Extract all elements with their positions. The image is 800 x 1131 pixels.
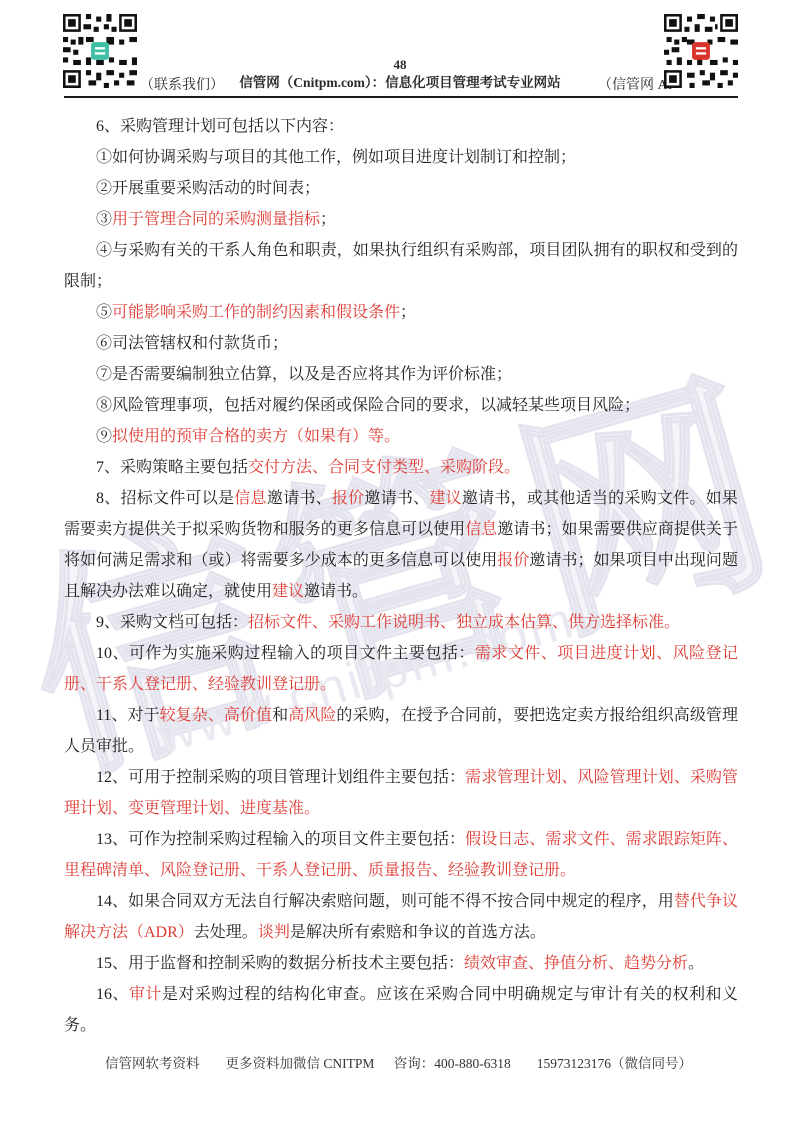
page-footer: 信管网软考资料 更多资料加微信 CNITPM 咨询：400-880-6318 1… xyxy=(105,1052,692,1072)
paragraph: ⑧风险管理事项，包括对履约保函或保险合同的要求，以减轻某些项目风险； xyxy=(64,390,738,421)
body-text: 是解决所有索赔和争议的首选方法。 xyxy=(290,924,546,941)
highlight-text: 谈判 xyxy=(258,924,290,941)
paragraph: 7、采购策略主要包括交付方法、合同支付类型、采购阶段。 xyxy=(64,452,738,483)
body-text: 邀请书。 xyxy=(304,583,368,600)
body-text: ④与采购有关的干系人角色和职责，如果执行组织有采购部，项目团队拥有的职权和受到的… xyxy=(64,242,738,290)
body-text: 13、可作为控制采购过程输入的项目文件主要包括： xyxy=(96,831,465,848)
app-qr-code xyxy=(664,14,738,88)
body-text: ②开展重要采购活动的时间表； xyxy=(96,180,320,197)
body-text: 7、采购策略主要包括 xyxy=(96,459,248,476)
qr-center-logo xyxy=(692,42,710,60)
body-text: 8、招标文件可以是 xyxy=(96,490,234,507)
highlight-text: 信息 xyxy=(234,490,267,507)
highlight-text: 建议 xyxy=(429,490,462,507)
body-text: ⑧风险管理事项，包括对履约保函或保险合同的要求，以减轻某些项目风险； xyxy=(96,397,640,414)
highlight-text: 交付方法、合同支付类型、采购阶段。 xyxy=(248,459,520,476)
highlight-text: 高风险 xyxy=(288,707,336,724)
highlight-text: 招标文件、采购工作说明书、独立成本估算、供方选择标准。 xyxy=(248,614,680,631)
paragraph: 14、如果合同双方无法自行解决索赔问题，则可能不得不按合同中规定的程序，用替代争… xyxy=(64,886,738,948)
paragraph: ④与采购有关的干系人角色和职责，如果执行组织有采购部，项目团队拥有的职权和受到的… xyxy=(64,235,738,297)
body-text: 和 xyxy=(272,707,288,724)
highlight-text: 建议 xyxy=(272,583,304,600)
body-text: 去处理。 xyxy=(194,924,258,941)
body-text: 9、采购文档可包括： xyxy=(96,614,248,631)
footer-brand-text: 信管网软考资料 xyxy=(105,1052,200,1072)
body-text: 14、如果合同双方无法自行解决索赔问题，则可能不得不按合同中规定的程序，用 xyxy=(96,893,674,910)
footer-phone-text: 15973123176（微信同号） xyxy=(537,1052,692,1072)
paragraph: 8、招标文件可以是信息邀请书、报价邀请书、建议邀请书，或其他适当的采购文件。如果… xyxy=(64,483,738,607)
body-text: ⑨ xyxy=(96,428,112,445)
body-text: ； xyxy=(320,211,336,228)
paragraph: ③用于管理合同的采购测量指标； xyxy=(64,204,738,235)
highlight-text: 报价 xyxy=(332,490,365,507)
paragraph: 11、对于较复杂、高价值和高风险的采购，在授予合同前，要把选定卖方报给组织高级管… xyxy=(64,700,738,762)
body-text: ⑥司法管辖权和付款货币； xyxy=(96,335,288,352)
highlight-text: 报价 xyxy=(497,552,529,569)
footer-right: 咨询：400-880-6318 15973123176（微信同号） xyxy=(394,1052,692,1072)
paragraph: ①如何协调采购与项目的其他工作，例如项目进度计划制订和控制； xyxy=(64,142,738,173)
body-text: 是对采购过程的结构化审查。应该在采购合同中明确规定与审计有关的权利和义务。 xyxy=(64,986,738,1034)
body-text: 。 xyxy=(688,955,704,972)
highlight-text: 信息 xyxy=(465,521,497,538)
body-text: ①如何协调采购与项目的其他工作，例如项目进度计划制订和控制； xyxy=(96,149,576,166)
footer-left: 信管网软考资料 更多资料加微信 CNITPM xyxy=(105,1052,374,1072)
qr-code-image xyxy=(664,14,738,88)
page-header: （联系我们） 48 信管网（Cnitpm.com）：信息化项目管理考试专业网站 … xyxy=(0,0,800,100)
body-text: 12、可用于控制采购的项目管理计划组件主要包括： xyxy=(96,769,465,786)
body-text: 邀请书、 xyxy=(267,490,332,507)
footer-wechat-text: 更多资料加微信 CNITPM xyxy=(226,1052,375,1072)
body-text: 6、采购管理计划可包括以下内容： xyxy=(96,118,344,135)
body-text: 15、用于监督和控制采购的数据分析技术主要包括： xyxy=(96,955,464,972)
paragraph: 15、用于监督和控制采购的数据分析技术主要包括：绩效审查、挣值分析、趋势分析。 xyxy=(64,948,738,979)
body-text: ； xyxy=(400,304,416,321)
body-text: ⑤ xyxy=(96,304,112,321)
paragraph: ⑥司法管辖权和付款货币； xyxy=(64,328,738,359)
body-text: 16、 xyxy=(96,986,129,1003)
paragraph: ⑤可能影响采购工作的制约因素和假设条件； xyxy=(64,297,738,328)
paragraph: 9、采购文档可包括：招标文件、采购工作说明书、独立成本估算、供方选择标准。 xyxy=(64,607,738,638)
body-text: ③ xyxy=(96,211,112,228)
highlight-text: 拟使用的预审合格的卖方（如果有）等。 xyxy=(112,428,400,445)
paragraph: 13、可作为控制采购过程输入的项目文件主要包括：假设日志、需求文件、需求跟踪矩阵… xyxy=(64,824,738,886)
header-divider xyxy=(64,96,738,98)
body-text: ⑦是否需要编制独立估算，以及是否应将其作为评价标准； xyxy=(96,366,512,383)
paragraph: 10、可作为实施采购过程输入的项目文件主要包括：需求文件、项目进度计划、风险登记… xyxy=(64,638,738,700)
highlight-text: 审计 xyxy=(129,986,162,1003)
highlight-text: 可能影响采购工作的制约因素和假设条件 xyxy=(112,304,400,321)
paragraph: ⑨拟使用的预审合格的卖方（如果有）等。 xyxy=(64,421,738,452)
paragraph: 16、审计是对采购过程的结构化审查。应该在采购合同中明确规定与审计有关的权利和义… xyxy=(64,979,738,1041)
paragraph: 6、采购管理计划可包括以下内容： xyxy=(64,111,738,142)
document-page: 信管网 www.cnitpm.com xyxy=(0,0,800,1131)
footer-hotline-text: 咨询：400-880-6318 xyxy=(394,1052,511,1072)
highlight-text: 绩效审查、挣值分析、趋势分析 xyxy=(464,955,688,972)
body-text: 10、可作为实施采购过程输入的项目文件主要包括： xyxy=(96,645,475,662)
paragraph: 12、可用于控制采购的项目管理计划组件主要包括：需求管理计划、风险管理计划、采购… xyxy=(64,762,738,824)
highlight-text: 用于管理合同的采购测量指标 xyxy=(112,211,320,228)
document-body: 6、采购管理计划可包括以下内容：①如何协调采购与项目的其他工作，例如项目进度计划… xyxy=(64,111,738,1041)
paragraph: ⑦是否需要编制独立估算，以及是否应将其作为评价标准； xyxy=(64,359,738,390)
highlight-text: 较复杂、高价值 xyxy=(160,707,272,724)
body-text: 11、对于 xyxy=(96,707,160,724)
paragraph: ②开展重要采购活动的时间表； xyxy=(64,173,738,204)
body-text: 邀请书、 xyxy=(364,490,429,507)
